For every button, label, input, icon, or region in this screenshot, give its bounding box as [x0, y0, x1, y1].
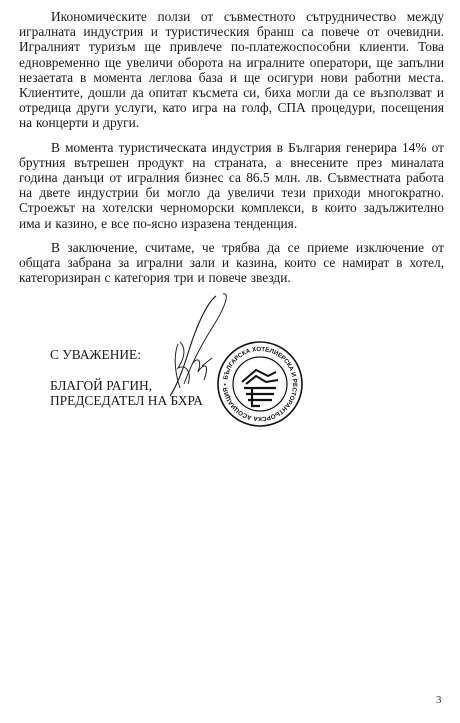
organization-seal-icon: БЪЛГАРСКА ХОТЕЛИЕРСКА И РЕСТОРАНТЬОРСКА …	[216, 340, 304, 428]
paragraph-economic-benefits: Икономическите ползи от съвместното сътр…	[19, 9, 444, 131]
letter-body: Икономическите ползи от съвместното сътр…	[19, 9, 444, 294]
paragraph-tourism-statistics: В момента туристическата индустрия в Бъл…	[19, 140, 444, 231]
document-page: Икономическите ползи от съвместното сътр…	[0, 0, 460, 723]
paragraph-conclusion: В заключение, считаме, че трябва да се п…	[19, 240, 444, 286]
page-number: 3	[436, 694, 442, 706]
